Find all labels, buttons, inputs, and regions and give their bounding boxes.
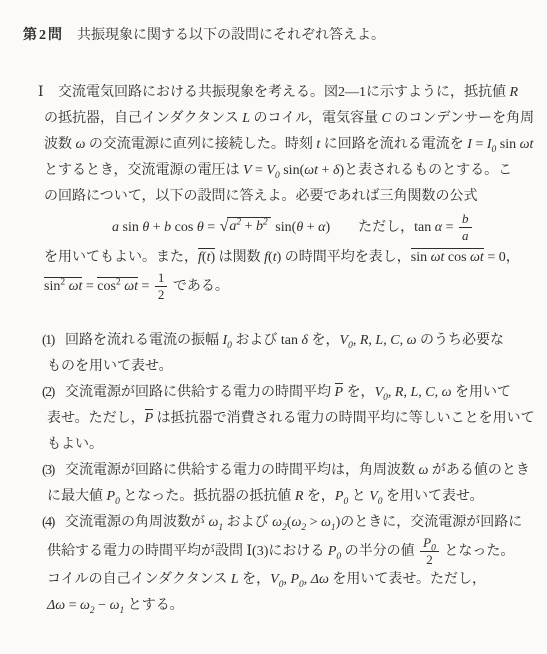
text-run: = bbox=[442, 220, 457, 235]
text-run: ただし， bbox=[330, 220, 414, 235]
text-line: の回路について，以下の設問に答えよ。必要であれば三角関数の公式 bbox=[44, 184, 547, 210]
text-line: コイルの自己インダクタンス L を，V0, P0, Δω を用いて表せ。ただし， bbox=[47, 567, 547, 593]
fraction-numerator: 1 bbox=[155, 271, 168, 287]
math-variable: ωt bbox=[124, 279, 138, 294]
text-line: (2)交流電源が回路に供給する電力の時間平均 P を，V0, R, L, C, … bbox=[47, 380, 547, 406]
text-run: , bbox=[400, 333, 407, 348]
problem-heading: 第2問共振現象に関する以下の設問にそれぞれ答えよ。 bbox=[0, 0, 547, 46]
sqrt-expression: √a2 + b2 bbox=[220, 217, 271, 235]
text-run: を用いて bbox=[451, 385, 511, 400]
math-function: cos bbox=[448, 250, 470, 265]
text-run: を， bbox=[308, 333, 340, 348]
text-line: とするとき，交流電源の電圧は V = V0 sin(ωt + δ)と表されるもの… bbox=[44, 158, 547, 184]
text-run: 交流電気回路における共振現象を考える。図2―1に示すように，抵抗値 bbox=[58, 85, 510, 100]
math-variable: P bbox=[145, 411, 154, 426]
math-variable: C bbox=[382, 111, 391, 126]
question-marker: (3) bbox=[42, 458, 65, 484]
text-run: を用いて表せ。ただし， bbox=[329, 572, 486, 587]
question-4: (4)交流電源の角周波数が ω1 および ω2(ω2 > ω1)のときに，交流電… bbox=[47, 510, 547, 619]
text-run: ものを用いて表せ。 bbox=[47, 359, 173, 374]
overline-expression: sin ωt cos ωt bbox=[411, 248, 484, 266]
text-run: に回路を流れる電流を bbox=[320, 137, 467, 152]
superscript: 2 bbox=[116, 277, 121, 287]
document-page: 第2問共振現象に関する以下の設問にそれぞれ答えよ。 Ⅰ交流電気回路における共振現… bbox=[0, 0, 547, 654]
math-variable: ω1 bbox=[321, 515, 336, 530]
math-variable: P0 bbox=[423, 535, 436, 550]
fraction-denominator: a bbox=[459, 228, 472, 243]
math-variable: ωt bbox=[470, 250, 484, 265]
math-variable: V0 bbox=[369, 489, 382, 504]
problem-number: 第2問 bbox=[23, 28, 64, 43]
text-run: = bbox=[138, 279, 153, 294]
question-marker: (4) bbox=[42, 510, 65, 536]
math-variable: ω2 bbox=[80, 598, 95, 613]
text-run: の時間平均を表し， bbox=[281, 250, 411, 265]
text-run: 表せ。ただし， bbox=[47, 411, 145, 426]
text-line: を用いてもよい。また，f(t) は関数 f(t) の時間平均を表し，sin ωt… bbox=[44, 245, 547, 271]
question-list: (1)回路を流れる電流の振幅 I0 および tan δ を，V0, R, L, … bbox=[0, 328, 547, 619]
text-line: Ⅰ交流電気回路における共振現象を考える。図2―1に示すように，抵抗値 R bbox=[44, 80, 547, 106]
text-run: を， bbox=[239, 572, 271, 587]
math-variable: P0 bbox=[107, 489, 120, 504]
text-line: sin2 ωt = cos2 ωt = 12 である。 bbox=[44, 271, 547, 302]
math-variable: V0 bbox=[266, 163, 279, 178]
text-run: )のときに，交流電源が回路に bbox=[336, 515, 523, 530]
text-run: = bbox=[472, 137, 487, 152]
text-run: および bbox=[232, 333, 281, 348]
text-line: に最大値 P0 となった。抵抗器の抵抗値 R を，P0 と V0 を用いて表せ。 bbox=[47, 484, 547, 510]
text-run: の交流電源に直列に接続した。時刻 bbox=[85, 137, 316, 152]
math-variable: ωt bbox=[431, 250, 445, 265]
text-line: 供給する電力の時間平均が設問 Ⅰ(3)における P0 の半分の値 P02 となっ… bbox=[47, 536, 547, 567]
text-line: 波数 ω の交流電源に直列に接続した。時刻 t に回路を流れる電流を I = I… bbox=[44, 132, 547, 158]
text-run: のコイル，電気容量 bbox=[250, 111, 381, 126]
text-run: , bbox=[304, 572, 311, 587]
math-variable: ωt bbox=[304, 163, 318, 178]
text-run: のうち必要な bbox=[416, 333, 504, 348]
overline-expression: cos2 ωt bbox=[97, 277, 138, 295]
math-variable: ω bbox=[76, 137, 86, 152]
text-run: とする。 bbox=[124, 598, 184, 613]
math-function: sin bbox=[500, 137, 520, 152]
text-run: − bbox=[95, 598, 110, 613]
text-run: 2 bbox=[426, 552, 433, 567]
math-variable: ω2 bbox=[291, 515, 306, 530]
math-function: sin bbox=[283, 163, 299, 178]
math-variable: Δω bbox=[311, 572, 329, 587]
text-run: となった。抵抗器の抵抗値 bbox=[120, 489, 295, 504]
text-run: を， bbox=[303, 489, 335, 504]
sqrt-body: a2 + b2 bbox=[227, 217, 270, 235]
problem-statement: 共振現象に関する以下の設問にそれぞれ答えよ。 bbox=[77, 28, 385, 43]
math-variable: ωt bbox=[520, 137, 534, 152]
question-marker: (1) bbox=[42, 328, 65, 354]
text-run: を用いて表せ。 bbox=[383, 489, 484, 504]
math-variable: C bbox=[390, 333, 399, 348]
question-3: (3)交流電源が回路に供給する電力の時間平均は，角周波数 ω がある値のときに最… bbox=[47, 458, 547, 510]
math-variable: I0 bbox=[487, 137, 496, 152]
text-line: a sin θ + b cos θ = √a2 + b2 sin(θ + α) … bbox=[44, 212, 547, 243]
math-variable: ω bbox=[419, 463, 429, 478]
math-variable: ω bbox=[442, 385, 452, 400]
math-variable: P0 bbox=[335, 489, 348, 504]
text-line: の抵抗器，自己インダクタンス L のコイル，電気容量 C のコンデンサーを角周 bbox=[44, 106, 547, 132]
overline-expression: f(t) bbox=[198, 248, 215, 266]
math-variable: I0 bbox=[223, 333, 232, 348]
math-function: cos bbox=[175, 220, 197, 235]
text-line: 表せ。ただし，P は抵抗器で消費される電力の時間平均に等しいことを用いて bbox=[47, 406, 547, 432]
math-variable: b bbox=[462, 211, 469, 226]
text-run: 交流電源の角周波数が bbox=[65, 515, 209, 530]
math-variable: ω1 bbox=[110, 598, 125, 613]
text-line: (1)回路を流れる電流の振幅 I0 および tan δ を，V0, R, L, … bbox=[47, 328, 547, 354]
text-run: は抵抗器で消費される電力の時間平均に等しいことを用いて bbox=[153, 411, 535, 426]
text-run: のコンデンサーを角周 bbox=[391, 111, 534, 126]
text-run: 回路を流れる電流の振幅 bbox=[65, 333, 223, 348]
math-function: sin bbox=[275, 220, 291, 235]
text-run: = bbox=[204, 220, 219, 235]
text-run: となった。 bbox=[441, 544, 515, 559]
math-variable: P bbox=[335, 385, 344, 400]
text-run: がある値のとき bbox=[428, 463, 530, 478]
fraction: P02 bbox=[420, 536, 439, 567]
math-variable: ω bbox=[407, 333, 417, 348]
math-variable: V0 bbox=[270, 572, 283, 587]
text-line: もよい。 bbox=[47, 432, 547, 458]
superscript: 2 bbox=[263, 218, 268, 228]
fraction-denominator: 2 bbox=[155, 287, 168, 302]
math-variable: a2 bbox=[229, 219, 241, 234]
math-function: cos2 bbox=[97, 279, 120, 294]
text-run: の抵抗器，自己インダクタンス bbox=[44, 111, 242, 126]
text-run: 交流電源が回路に供給する電力の時間平均は，角周波数 bbox=[65, 463, 419, 478]
math-variable: V0 bbox=[340, 333, 353, 348]
text-run: + bbox=[303, 220, 318, 235]
math-variable: b2 bbox=[256, 219, 268, 234]
math-variable: a bbox=[462, 228, 469, 243]
math-variable: ω1 bbox=[209, 515, 224, 530]
math-variable: Δω bbox=[47, 598, 65, 613]
math-variable: L bbox=[242, 111, 250, 126]
text-run: + bbox=[241, 219, 256, 234]
fraction: 12 bbox=[155, 271, 168, 302]
fraction: ba bbox=[459, 212, 472, 243]
text-run: , bbox=[388, 385, 395, 400]
question-1: (1)回路を流れる電流の振幅 I0 および tan δ を，V0, R, L, … bbox=[47, 328, 547, 380]
text-run: = bbox=[252, 163, 267, 178]
fraction-numerator: P0 bbox=[420, 536, 439, 552]
math-variable: ω2 bbox=[272, 515, 287, 530]
text-run: を用いてもよい。また， bbox=[44, 250, 198, 265]
math-variable: L bbox=[231, 572, 239, 587]
text-run: コイルの自己インダクタンス bbox=[47, 572, 231, 587]
overline-expression: sin2 ωt bbox=[44, 277, 82, 295]
math-variable: V bbox=[243, 163, 252, 178]
text-run: を， bbox=[343, 385, 375, 400]
text-line: Δω = ω2 − ω1 とする。 bbox=[47, 593, 547, 619]
text-run: + bbox=[149, 220, 164, 235]
text-run: , bbox=[353, 333, 360, 348]
text-line: (4)交流電源の角周波数が ω1 および ω2(ω2 > ω1)のときに，交流電… bbox=[47, 510, 547, 536]
math-variable: θ bbox=[197, 220, 204, 235]
text-run: + bbox=[318, 163, 333, 178]
fraction-denominator: 2 bbox=[420, 552, 439, 567]
text-run: である。 bbox=[169, 279, 229, 294]
text-run: 2 bbox=[158, 287, 165, 302]
text-line: (3)交流電源が回路に供給する電力の時間平均は，角周波数 ω がある値のとき bbox=[47, 458, 547, 484]
section-1: Ⅰ交流電気回路における共振現象を考える。図2―1に示すように，抵抗値 Rの抵抗器… bbox=[0, 80, 547, 302]
text-line: ものを用いて表せ。 bbox=[47, 354, 547, 380]
text-run: > bbox=[306, 515, 321, 530]
text-run: 1 bbox=[158, 270, 165, 285]
text-run: とするとき，交流電源の電圧は bbox=[44, 163, 243, 178]
math-variable: a bbox=[112, 220, 119, 235]
math-variable: C bbox=[425, 385, 434, 400]
text-run: は関数 bbox=[215, 250, 264, 265]
text-run: = 0， bbox=[484, 250, 520, 265]
text-run: )と表されるものとする。こ bbox=[339, 163, 512, 178]
math-variable: α bbox=[435, 220, 442, 235]
math-variable: R bbox=[510, 85, 519, 100]
text-run: および bbox=[223, 515, 272, 530]
text-run: の回路について，以下の設問に答えよ。必要であれば三角関数の公式 bbox=[44, 189, 477, 204]
overline-expression: P bbox=[335, 383, 344, 401]
math-function: sin bbox=[411, 250, 431, 265]
math-function: tan bbox=[414, 220, 435, 235]
math-variable: P0 bbox=[328, 544, 341, 559]
text-run: に最大値 bbox=[47, 489, 107, 504]
text-run: 交流電源が回路に供給する電力の時間平均 bbox=[65, 385, 335, 400]
math-variable: ωt bbox=[69, 279, 83, 294]
fraction-numerator: b bbox=[459, 212, 472, 228]
question-marker: (2) bbox=[42, 380, 65, 406]
text-run: , bbox=[435, 385, 442, 400]
question-2: (2)交流電源が回路に供給する電力の時間平均 P を，V0, R, L, C, … bbox=[47, 380, 547, 458]
section-label: Ⅰ bbox=[38, 80, 58, 106]
math-variable: V0 bbox=[375, 385, 388, 400]
text-run: もよい。 bbox=[47, 437, 103, 452]
math-function: sin bbox=[123, 220, 143, 235]
text-run: の半分の値 bbox=[341, 544, 418, 559]
text-run: = bbox=[82, 279, 97, 294]
math-function: tan bbox=[281, 333, 302, 348]
math-function: sin2 bbox=[44, 279, 65, 294]
text-run: = bbox=[65, 598, 80, 613]
overline-expression: P bbox=[145, 409, 154, 427]
text-run: 波数 bbox=[44, 137, 76, 152]
math-variable: P0 bbox=[290, 572, 303, 587]
text-run: 供給する電力の時間平均が設問 Ⅰ(3)における bbox=[47, 544, 328, 559]
text-run: と bbox=[348, 489, 369, 504]
